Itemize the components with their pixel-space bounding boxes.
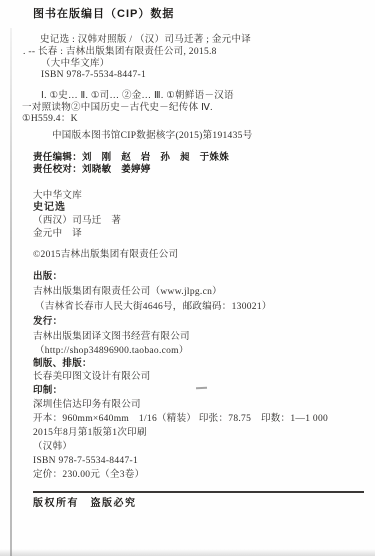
stray-pencil-mark	[196, 387, 207, 389]
scan-edge-artifact	[10, 28, 12, 556]
cip-header: 图书在版编目（CIP）数据	[33, 8, 174, 21]
format-spec-line: 开本：960mm×640mm 1/16（精装） 印张：78.75 印数：1—1 …	[33, 414, 328, 425]
responsible-editors-line: 责任编辑：刘 刚 赵 岩 孙 昶 于姝姝	[33, 153, 229, 164]
copyright-notice: 版权所有 盗版必究	[33, 498, 137, 510]
distributor-label: 发行：	[33, 317, 62, 328]
scan-bottom-shadow	[0, 549, 375, 556]
cip-record-line-2: . -- 长春 : 吉林出版集团有限责任公司, 2015.8	[23, 47, 217, 58]
distributor-url: （http://shop34896900.taobao.com）	[35, 346, 189, 357]
publisher-label: 出版：	[33, 272, 62, 283]
cip-registry-number: 中国版本图书馆CIP数据核字(2015)第191435号	[52, 131, 253, 142]
publisher-address: （吉林省长春市人民大街4646号，邮政编码：130021）	[35, 302, 272, 313]
footer-divider-rule	[33, 491, 364, 493]
typesetting-label: 制版、排版：	[33, 359, 92, 370]
edition-line: 2015年8月第1版第1次印刷	[33, 428, 147, 439]
price-line: 定价：230.00元（全3卷）	[33, 470, 144, 481]
cip-record-line-3: （大中华文库）	[41, 59, 110, 70]
cip-classification-line-1: Ⅰ. ①史… Ⅱ. ①司… ②金… Ⅲ. ①朝鲜语－汉语	[41, 91, 234, 102]
isbn-line: ISBN 978-7-5534-8447-1	[33, 456, 138, 467]
distributor-name: 吉林出版集团译文图书经营有限公司	[33, 332, 190, 343]
colophon-page: 图书在版编目（CIP）数据 史记选 : 汉韩对照版 / （汉）司马迁著 ; 金元…	[0, 0, 375, 556]
book-translator: 金元中 译	[33, 229, 82, 240]
typesetting-name: 长春美印图文设计有限公司	[33, 372, 151, 383]
printing-label: 印制：	[33, 386, 62, 397]
book-title: 史记选	[33, 202, 66, 214]
cip-classification-line-2: 一对照读物②中国历史－古代史－纪传体 Ⅳ.	[22, 103, 213, 114]
series-name: 大中华文库	[33, 191, 82, 202]
publisher-name: 吉林出版集团有限责任公司（www.jlpg.cn）	[33, 287, 222, 298]
cip-classification-line-3: ①H559.4：K	[22, 114, 78, 125]
book-author: （西汉）司马迁 著	[33, 216, 121, 227]
cip-record-line-1: 史记选 : 汉韩对照版 / （汉）司马迁著 ; 金元中译	[40, 35, 251, 46]
language-line: （汉韩）	[33, 442, 72, 453]
cip-record-isbn: ISBN 978-7-5534-8447-1	[41, 70, 146, 81]
responsible-proofreaders-line: 责任校对：刘晓敏 姜婷婷	[33, 165, 151, 176]
printing-name: 深圳佳信达印务有限公司	[33, 400, 141, 411]
copyright-line: ©2015吉林出版集团有限责任公司	[33, 250, 178, 261]
